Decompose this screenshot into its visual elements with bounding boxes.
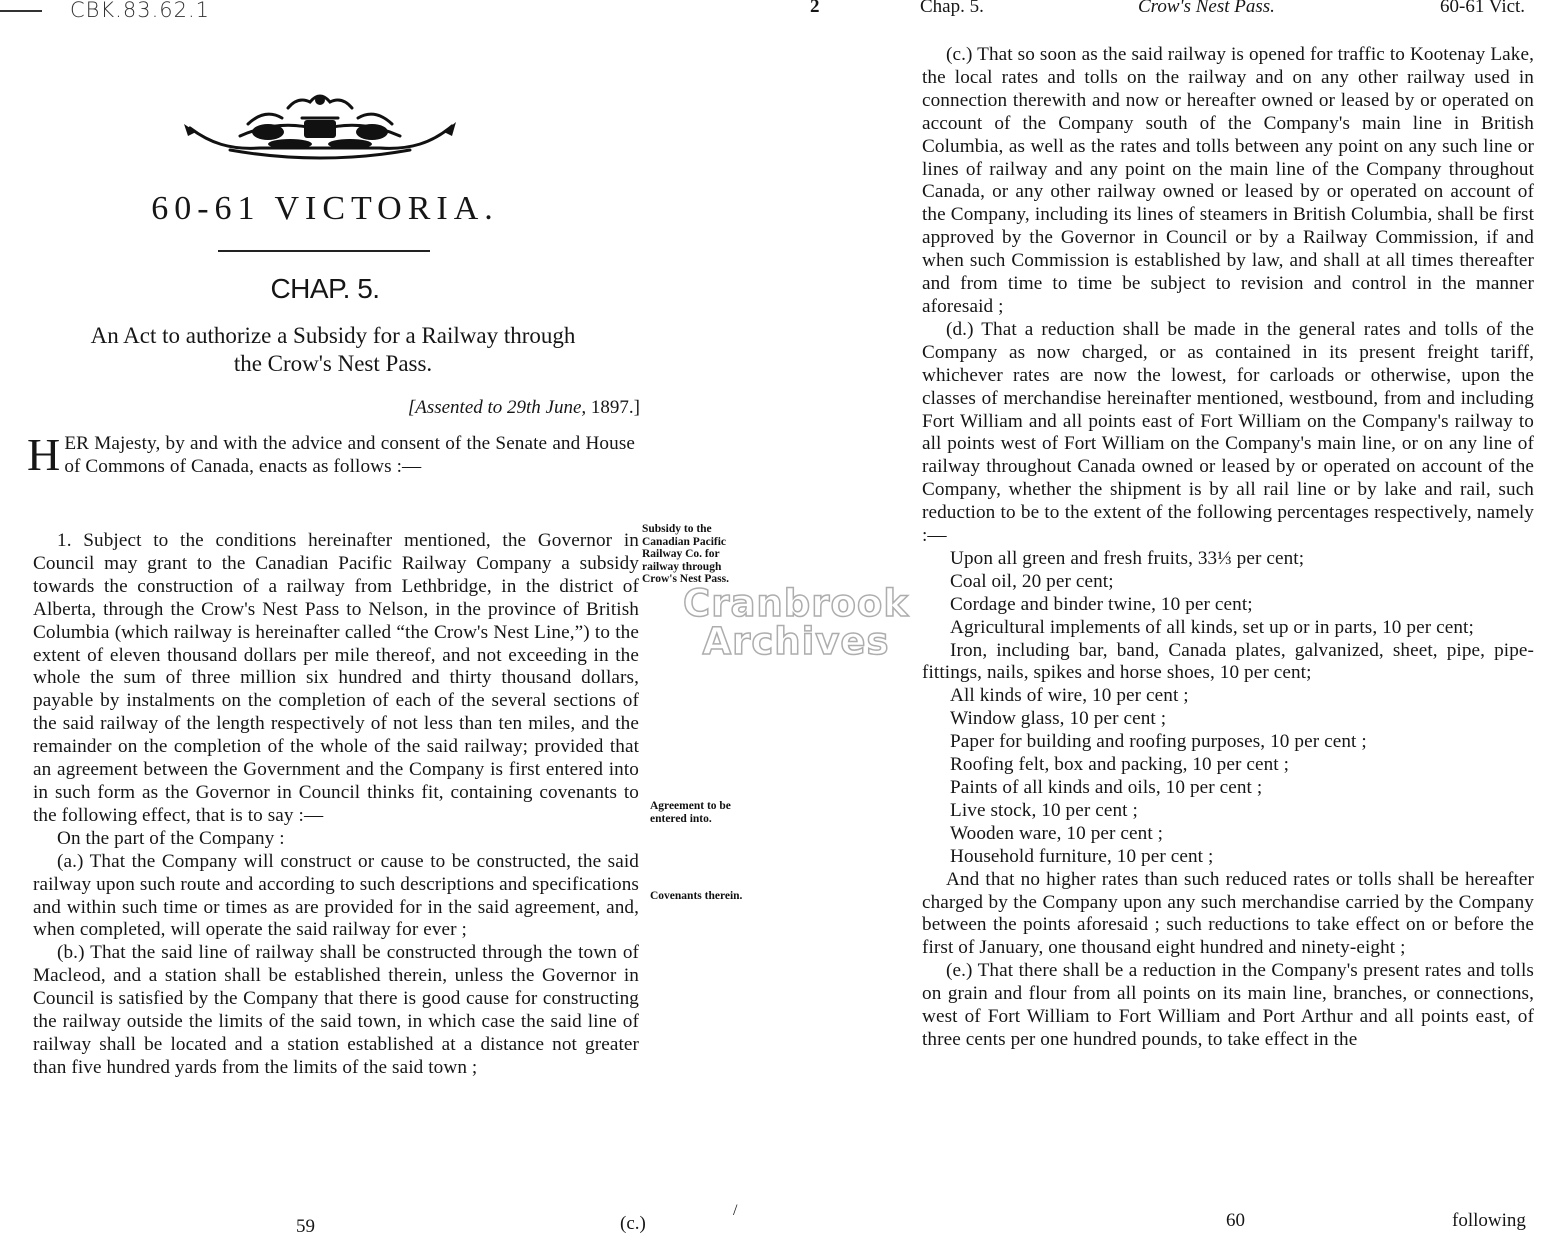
act-title-line-1: An Act to authorize a Subsidy for a Rail… — [18, 322, 648, 350]
chapter-heading: CHAP. 5. — [100, 273, 550, 305]
assent-prefix: [Assented to 29th June, — [408, 397, 586, 418]
reduction-item: Live stock, 10 per cent ; — [922, 800, 1534, 823]
catchword: following — [1452, 1210, 1526, 1232]
royal-crest-icon — [170, 88, 470, 168]
clause-b: (b.) That the said line of railway shall… — [33, 942, 639, 1079]
stray-mark: / — [733, 1202, 737, 1220]
drop-cap: H — [27, 435, 60, 475]
act-title-line-2: the Crow's Nest Pass. — [18, 350, 648, 378]
reign-title: 60-61 VICTORIA. — [100, 190, 550, 228]
right-page-body: (c.) That so soon as the said railway is… — [922, 44, 1534, 1052]
reduction-item: Paints of all kinds and oils, 10 per cen… — [922, 777, 1534, 800]
reduction-item: Household furniture, 10 per cent ; — [922, 846, 1534, 869]
page-number-left: 59 — [296, 1216, 315, 1238]
page-number-right: 60 — [1226, 1210, 1245, 1232]
running-head-page: 2 — [810, 0, 820, 18]
reduction-item: Coal oil, 20 per cent; — [922, 571, 1534, 594]
title-divider — [218, 250, 430, 252]
section-1-text: 1. Subject to the conditions hereinafter… — [33, 530, 639, 828]
left-page: 60-61 VICTORIA. CHAP. 5. An Act to autho… — [0, 0, 780, 1256]
clause-e: (e.) That there shall be a reduction in … — [922, 960, 1534, 1052]
enacting-clause-text: ER Majesty, by and with the advice and c… — [64, 433, 635, 477]
margin-note-agreement: Agreement to be entered into. — [650, 800, 760, 825]
watermark-line-1: Cranbrook — [676, 585, 916, 623]
on-part-of-company: On the part of the Company : — [33, 828, 639, 851]
reduction-item: Agricultural implements of all kinds, se… — [922, 617, 1534, 640]
reduction-item: Upon all green and fresh fruits, 33⅓ per… — [922, 548, 1534, 571]
reduction-item: All kinds of wire, 10 per cent ; — [922, 685, 1534, 708]
section-1: 1. Subject to the conditions hereinafter… — [33, 530, 639, 1080]
reduction-item: Roofing felt, box and packing, 10 per ce… — [922, 754, 1534, 777]
clause-c: (c.) That so soon as the said railway is… — [922, 44, 1534, 319]
enacting-clause: H ER Majesty, by and with the advice and… — [27, 433, 635, 479]
running-head: 2 Chap. 5. Crow's Nest Pass. 60-61 Vict. — [780, 0, 1567, 22]
assent-date: [Assented to 29th June, 1897.] — [320, 397, 640, 419]
reduction-item: Paper for building and roofing purposes,… — [922, 731, 1534, 754]
margin-note-subsidy: Subsidy to the Canadian Pacific Railway … — [642, 523, 752, 586]
assent-year: 1897.] — [591, 397, 640, 418]
signature-mark: (c.) — [620, 1213, 646, 1235]
reduction-item: Cordage and binder twine, 10 per cent; — [922, 594, 1534, 617]
act-title: An Act to authorize a Subsidy for a Rail… — [18, 322, 648, 378]
no-higher-rates-clause: And that no higher rates than such reduc… — [922, 869, 1534, 961]
running-head-reign: 60-61 Vict. — [1440, 0, 1525, 18]
running-head-chapter: Chap. 5. — [920, 0, 984, 18]
reduction-item: Window glass, 10 per cent ; — [922, 708, 1534, 731]
margin-note-covenants: Covenants therein. — [650, 890, 760, 903]
reduction-list: Upon all green and fresh fruits, 33⅓ per… — [922, 548, 1534, 869]
watermark-line-2: Archives — [676, 623, 916, 661]
clause-d: (d.) That a reduction shall be made in t… — [922, 319, 1534, 548]
running-head-title: Crow's Nest Pass. — [1138, 0, 1275, 18]
archive-watermark: Cranbrook Archives — [676, 585, 916, 661]
clause-a: (a.) That the Company will construct or … — [33, 851, 639, 943]
reduction-item: Iron, including bar, band, Canada plates… — [922, 640, 1534, 686]
reduction-item: Wooden ware, 10 per cent ; — [922, 823, 1534, 846]
